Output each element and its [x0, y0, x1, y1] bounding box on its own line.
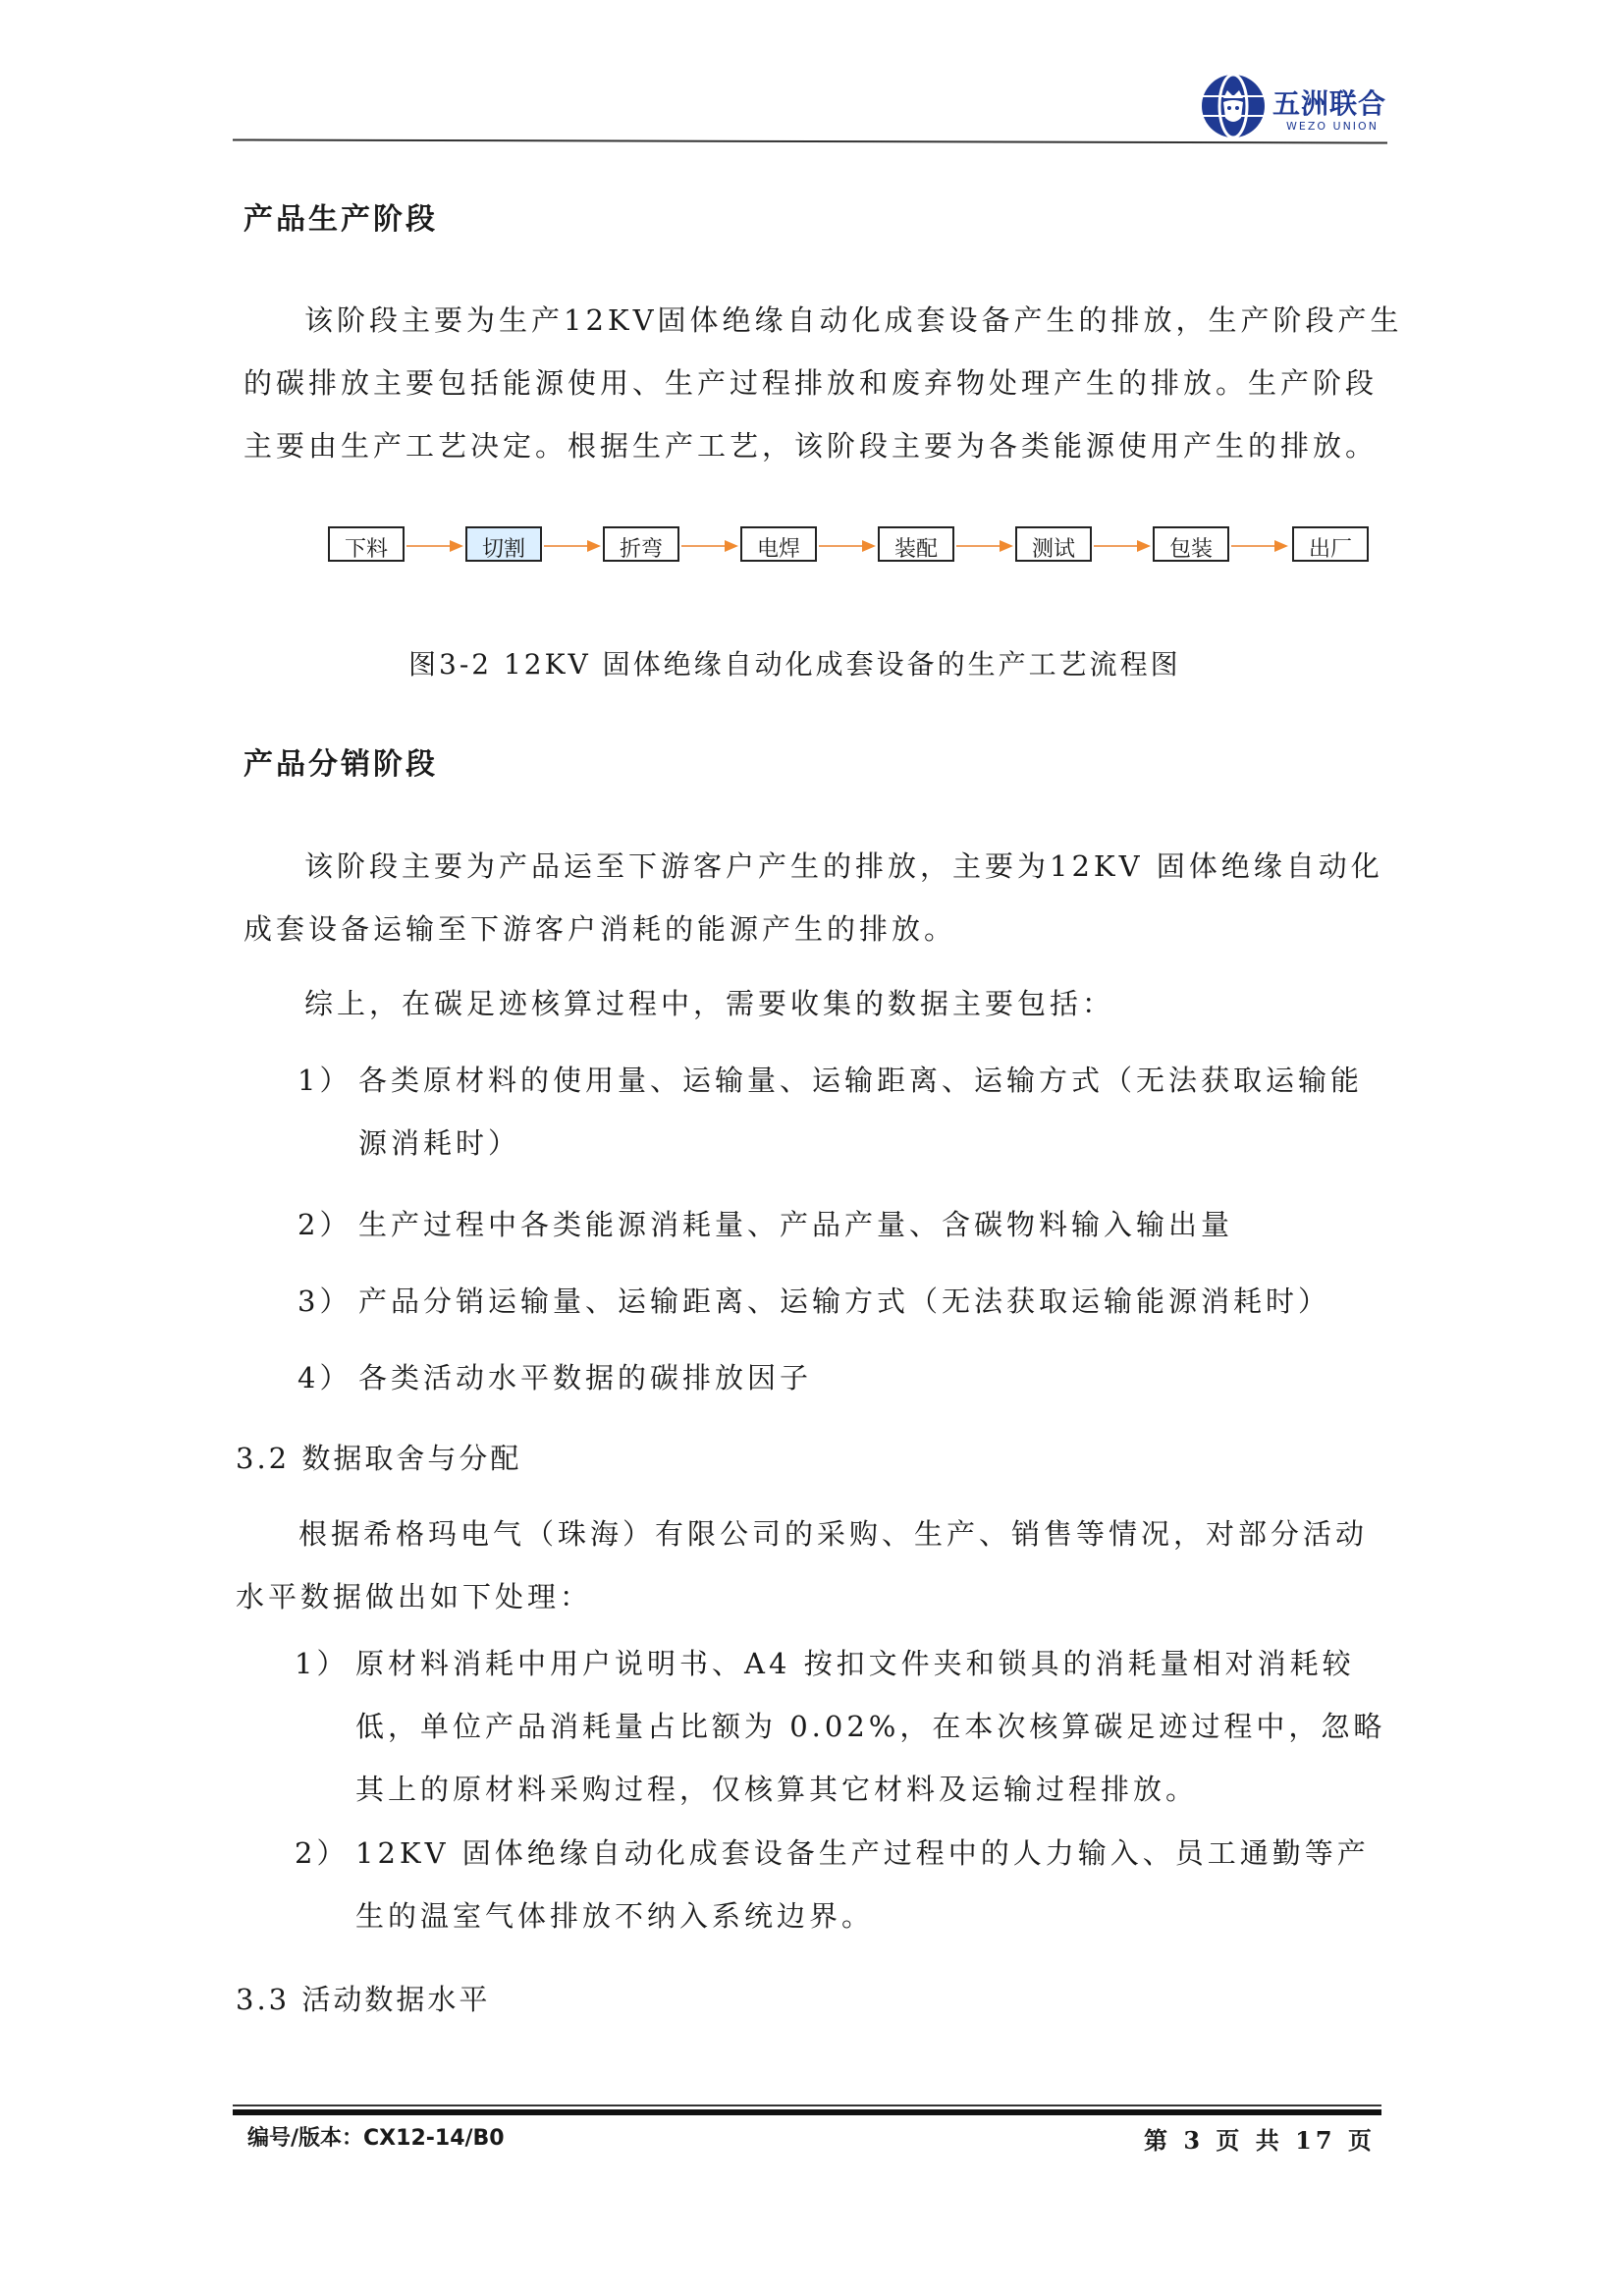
list-text: 原材料消耗中用户说明书、A4 按扣文件夹和锁具的消耗量相对消耗较: [355, 1647, 1355, 1680]
paragraph-line: 的碳排放主要包括能源使用、生产过程排放和废弃物处理产生的排放。生产阶段: [243, 352, 1403, 414]
flow-step-packaging: 包装: [1153, 526, 1229, 562]
production-paragraph: 该阶段主要为生产12KV固体绝缘自动化成套设备产生的排放，生产阶段产生 的碳排放…: [243, 289, 1403, 477]
list-text: 低，单位产品消耗量占比额为 0.02%，在本次核算碳足迹过程中，忽略: [295, 1695, 1385, 1758]
list-text: 生的温室气体排放不纳入系统边界。: [295, 1885, 1370, 1947]
arrow-icon: [406, 540, 463, 552]
list-number: 1）: [298, 1049, 358, 1112]
logo-chinese-name: 五洲联合: [1272, 82, 1386, 122]
list-text: 其上的原材料采购过程，仅核算其它材料及运输过程排放。: [295, 1758, 1385, 1821]
list-item: 3）产品分销运输量、运输距离、运输方式（无法获取运输能源消耗时）: [298, 1270, 1330, 1333]
figure-caption: 图3-2 12KV 固体绝缘自动化成套设备的生产工艺流程图: [408, 643, 1181, 683]
flow-step-cutting: 切割: [465, 526, 542, 562]
arrow-icon: [956, 540, 1013, 552]
distribution-paragraph: 该阶段主要为产品运至下游客户产生的排放，主要为12KV 固体绝缘自动化 成套设备…: [243, 835, 1383, 960]
page-number: 第 3 页 共 17 页: [1144, 2121, 1376, 2156]
list-item: 1）各类原材料的使用量、运输量、运输距离、运输方式（无法获取运输能 源消耗时）: [298, 1049, 1363, 1175]
list-text: 源消耗时）: [298, 1112, 1363, 1175]
paragraph-line: 主要由生产工艺决定。根据生产工艺，该阶段主要为各类能源使用产生的排放。: [243, 414, 1403, 477]
footer-divider-thick: [233, 2109, 1381, 2115]
footer-divider-thin: [233, 2105, 1381, 2106]
arrow-icon: [1231, 540, 1288, 552]
flow-step-blanking: 下料: [328, 526, 405, 562]
document-number: 编号/版本：CX12-14/B0: [247, 2121, 505, 2152]
list-text: 各类活动水平数据的碳排放因子: [358, 1361, 812, 1394]
section-heading-3-3: 3.3 活动数据水平: [236, 1978, 490, 2018]
section-heading-distribution: 产品分销阶段: [243, 739, 438, 783]
arrow-icon: [681, 540, 738, 552]
list-item: 1）原材料消耗中用户说明书、A4 按扣文件夹和锁具的消耗量相对消耗较 低，单位产…: [295, 1632, 1385, 1821]
paragraph-line: 该阶段主要为生产12KV固体绝缘自动化成套设备产生的排放，生产阶段产生: [243, 289, 1403, 352]
list-item: 4）各类活动水平数据的碳排放因子: [298, 1346, 812, 1409]
paragraph-line: 成套设备运输至下游客户消耗的能源产生的排放。: [243, 898, 1383, 960]
list-text: 12KV 固体绝缘自动化成套设备生产过程中的人力输入、员工通勤等产: [355, 1836, 1370, 1870]
summary-text: 综上，在碳足迹核算过程中，需要收集的数据主要包括：: [304, 972, 1114, 1035]
arrow-icon: [1094, 540, 1151, 552]
flow-step-testing: 测试: [1015, 526, 1092, 562]
list-number: 2）: [295, 1822, 355, 1885]
section-heading-production: 产品生产阶段: [243, 194, 438, 238]
arrow-icon: [819, 540, 876, 552]
flow-step-shipment: 出厂: [1292, 526, 1369, 562]
company-logo: 五洲联合 WEZO UNION: [1200, 73, 1396, 141]
list-number: 4）: [298, 1346, 358, 1409]
paragraph-line: 水平数据做出如下处理：: [236, 1565, 1368, 1628]
list-text: 各类原材料的使用量、运输量、运输距离、运输方式（无法获取运输能: [358, 1064, 1363, 1097]
paragraph-line: 该阶段主要为产品运至下游客户产生的排放，主要为12KV 固体绝缘自动化: [243, 835, 1383, 898]
list-text: 产品分销运输量、运输距离、运输方式（无法获取运输能源消耗时）: [358, 1285, 1330, 1318]
logo-english-name: WEZO UNION: [1286, 120, 1379, 133]
flow-step-bending: 折弯: [603, 526, 679, 562]
list-text: 生产过程中各类能源消耗量、产品产量、含碳物料输入输出量: [358, 1208, 1233, 1241]
flow-step-assembly: 装配: [878, 526, 954, 562]
list-item: 2）生产过程中各类能源消耗量、产品产量、含碳物料输入输出量: [298, 1193, 1233, 1256]
list-item: 2）12KV 固体绝缘自动化成套设备生产过程中的人力输入、员工通勤等产 生的温室…: [295, 1822, 1370, 1947]
arrow-icon: [544, 540, 601, 552]
list-number: 2）: [298, 1193, 358, 1256]
data-cutoff-paragraph: 根据希格玛电气（珠海）有限公司的采购、生产、销售等情况，对部分活动 水平数据做出…: [236, 1503, 1368, 1628]
globe-lion-icon: [1200, 73, 1267, 139]
flow-step-welding: 电焊: [740, 526, 817, 562]
section-heading-3-2: 3.2 数据取舍与分配: [236, 1437, 521, 1477]
list-number: 1）: [295, 1632, 355, 1695]
list-number: 3）: [298, 1270, 358, 1333]
production-flowchart: 下料 切割 折弯 电焊 装配 测试 包装 出厂: [328, 526, 1379, 575]
paragraph-line: 根据希格玛电气（珠海）有限公司的采购、生产、销售等情况，对部分活动: [236, 1503, 1368, 1565]
